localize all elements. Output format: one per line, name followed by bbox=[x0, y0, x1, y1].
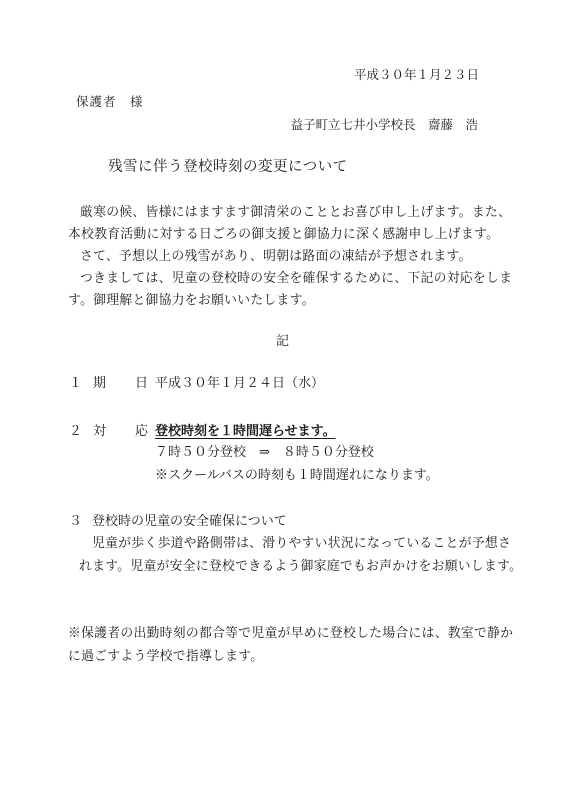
body-line: さて、予想以上の残雪があり、明朝は路面の凍結が予想されます。 bbox=[80, 251, 472, 264]
item-line: 児童が歩く歩道や路側帯は、滑りやすい状況になっていることが予想さ bbox=[92, 538, 511, 551]
item-number: ２ bbox=[69, 425, 82, 438]
addressee: 保護者 様 bbox=[76, 96, 144, 109]
item-heading: 登校時の児童の安全確保について bbox=[92, 515, 287, 528]
item-headline: 登校時刻を１時間遅らせます。 bbox=[155, 425, 336, 438]
footer-note-line: ※保護者の出勤時刻の都合等で児童が早めに登校した場合には、教室で静か bbox=[68, 628, 513, 641]
item-label: 期 日 bbox=[93, 377, 156, 390]
item-number: １ bbox=[69, 377, 82, 390]
body-line: つきましては、児童の登校時の安全を確保するために、下記の対応をしま bbox=[80, 273, 512, 286]
body-line: 本校教育活動に対する日ごろの御支援と御協力に深く感謝申し上げます。 bbox=[68, 229, 499, 242]
item-line: れます。児童が安全に登校できるよう御家庭でもお声かけをお願いします。 bbox=[79, 561, 522, 574]
body-line: す。御理解と御協力をお願いいたします。 bbox=[68, 295, 315, 308]
footer-note-line: に過ごすよう学校で指導します。 bbox=[68, 651, 263, 664]
time-change: ７時５０分登校 ⇒ ８時５０分登校 bbox=[155, 446, 374, 459]
document-date: 平成３０年１月２３日 bbox=[354, 69, 479, 82]
bus-note: ※スクールバスの時刻も１時間遅れになります。 bbox=[155, 469, 439, 482]
body-line: 厳寒の候、皆様にはますます御清栄のこととお喜び申し上げます。また、 bbox=[80, 207, 511, 220]
item-value-date: 平成３０年１月２４日（水） bbox=[155, 377, 324, 390]
item-label: 対 応 bbox=[93, 425, 156, 438]
ki-marker: 記 bbox=[276, 335, 289, 348]
item-number: ３ bbox=[69, 515, 82, 528]
sender: 益子町立七井小学校長 齋藤 浩 bbox=[290, 119, 478, 132]
document-title: 残雪に伴う登校時刻の変更について bbox=[108, 160, 348, 175]
